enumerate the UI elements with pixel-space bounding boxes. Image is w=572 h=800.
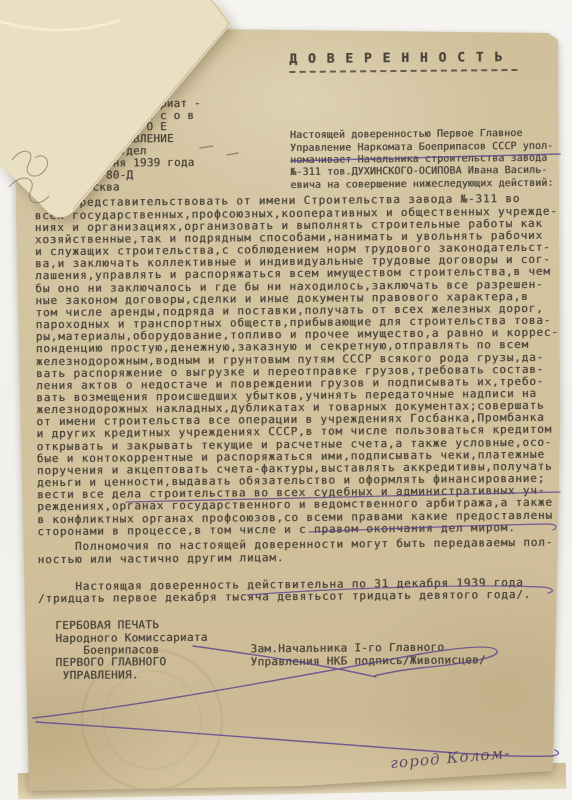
scanned-document-photo: С.С.С.Р.Народный Комиссариат -Б о е п р … — [0, 0, 572, 800]
typed-content: С.С.С.Р.Народный Комиссариат -Б о е п р … — [0, 0, 572, 800]
document-title: Д О В Е Р Е Н Н О С Т Ь — [289, 50, 504, 67]
document-page: С.С.С.Р.Народный Комиссариат -Б о е п р … — [0, 0, 572, 800]
signature-caption-line: Управления НКБ подпись/Живописцев/ — [251, 654, 486, 668]
seal-caption-line: УПРАВЛЕНИЯ. — [56, 669, 208, 683]
signature-caption-block: Зам.Начальника I-го ГлавногоУправления Н… — [250, 604, 486, 668]
paper-sheet: С.С.С.Р.Народный Комиссариат -Б о е п р … — [0, 0, 572, 800]
title-underline — [289, 69, 517, 73]
body-text-block: Представительствовать от имени Строитель… — [34, 157, 560, 538]
seal-caption-block: ГЕРБОВАЯ ПЕЧАТЬНародного Комиссариата Бо… — [55, 582, 208, 683]
